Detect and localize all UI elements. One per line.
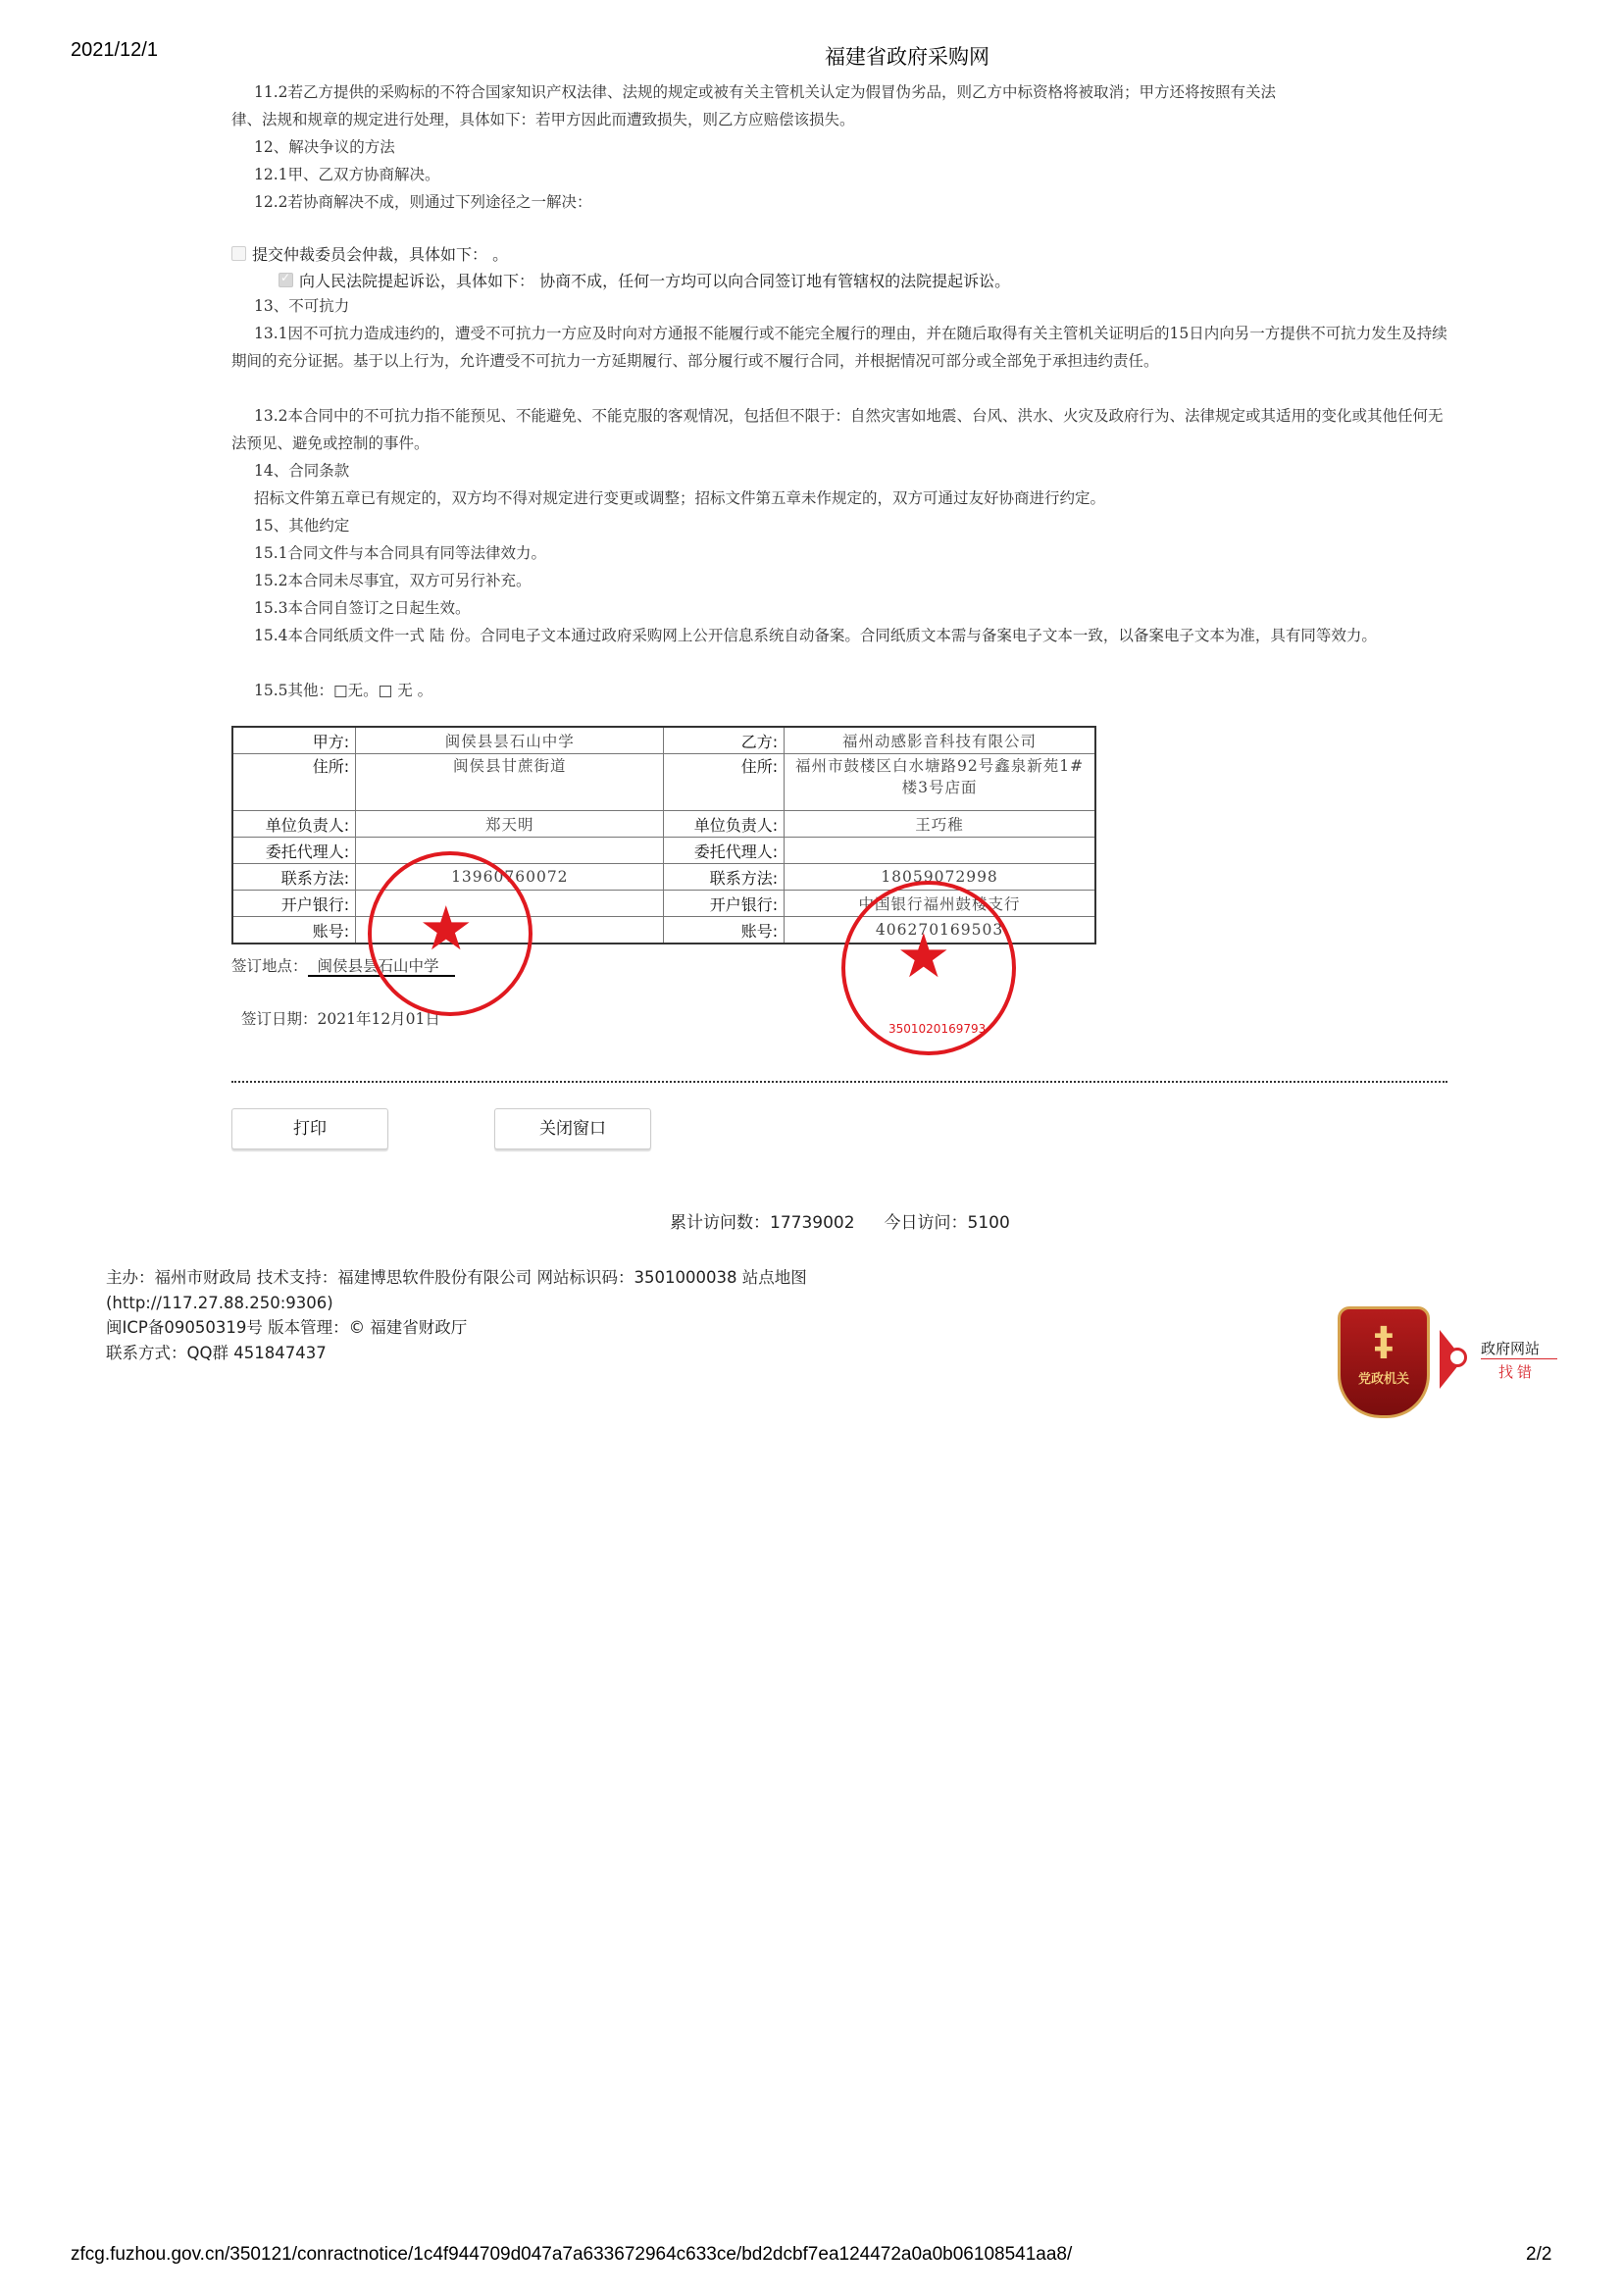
seal-code: 3501020169793	[888, 1022, 986, 1036]
table-row: 开户银行:开户银行:中国银行福州鼓楼支行	[232, 891, 1095, 917]
field-value: 406270169503	[785, 917, 1095, 944]
table-row: 委托代理人:委托代理人:	[232, 838, 1095, 864]
signing-place-value: 闽侯县昙石山中学	[308, 957, 455, 977]
footer-contact-line: 联系方式：QQ群 451847437	[106, 1341, 807, 1366]
section-12-heading: 12、解决争议的方法	[254, 133, 395, 161]
field-label: 甲方:	[232, 727, 356, 754]
emblem-icon: ‡	[1341, 1319, 1427, 1364]
today-visits-value: 5100	[968, 1213, 1010, 1233]
table-row: 住所:闽侯县甘蔗街道住所:福州市鼓楼区白水塘路92号鑫泉新苑1#楼3号店面	[232, 754, 1095, 811]
clause-12-1: 12.1甲、乙双方协商解决。	[254, 161, 440, 188]
badge-find-top: 政府网站	[1481, 1338, 1557, 1359]
clause-14: 招标文件第五章已有规定的，双方均不得对规定进行变更或调整；招标文件第五章未作规定…	[254, 485, 1105, 512]
clause-13-2: 13.2本合同中的不可抗力指不能预见、不能避免、不能克服的客观情况，包括但不限于…	[231, 402, 1447, 457]
print-url: zfcg.fuzhou.gov.cn/350121/conractnotice/…	[71, 2244, 1072, 2266]
signing-place: 签订地点：闽侯县昙石山中学	[231, 954, 455, 976]
visit-stats: 累计访问数：17739002今日访问：5100	[670, 1208, 1010, 1233]
field-value	[785, 838, 1095, 864]
field-label: 委托代理人:	[232, 838, 356, 864]
field-value: 福州市鼓楼区白水塘路92号鑫泉新苑1#楼3号店面	[785, 754, 1095, 811]
gov-site-error-report-badge[interactable]: 政府网站 找错	[1440, 1330, 1557, 1389]
clause-11-2-line1: 11.2若乙方提供的采购标的不符合国家知识产权法律、法规的规定或被有关主管机关认…	[254, 78, 1276, 106]
field-label: 住所:	[232, 754, 356, 811]
close-window-button[interactable]: 关闭窗口	[494, 1108, 651, 1149]
dispute-option-court: 向人民法院提起诉讼，具体如下： 协商不成，任何一方均可以向合同签订地有管辖权的法…	[279, 269, 1010, 291]
field-value: 中国银行福州鼓楼支行	[785, 891, 1095, 917]
field-label: 开户银行:	[232, 891, 356, 917]
section-14-heading: 14、合同条款	[254, 457, 349, 485]
print-button[interactable]: 打印	[231, 1108, 388, 1149]
field-value	[356, 917, 664, 944]
field-label: 账号:	[232, 917, 356, 944]
clause-15-5: 15.5其他：□无。□ 无 。	[254, 677, 432, 704]
field-label: 联系方法:	[232, 864, 356, 891]
arbitration-checkbox[interactable]	[231, 246, 246, 261]
separator-line	[231, 1081, 1447, 1083]
footer-url-line: (http://117.27.88.250:9306)	[106, 1291, 807, 1316]
section-13-heading: 13、不可抗力	[254, 292, 349, 320]
footer-sponsor-line[interactable]: 主办：福州市财政局 技术支持：福建博思软件股份有限公司 网站标识码：350100…	[106, 1265, 807, 1291]
site-footer: 主办：福州市财政局 技术支持：福建博思软件股份有限公司 网站标识码：350100…	[106, 1265, 807, 1365]
parties-table: 甲方:闽侯县昙石山中学乙方:福州动感影音科技有限公司住所:闽侯县甘蔗街道住所:福…	[231, 726, 1096, 944]
today-visits-label: 今日访问：	[885, 1213, 968, 1233]
site-title: 福建省政府采购网	[0, 41, 1623, 71]
clause-15-4: 15.4本合同纸质文件一式 陆 份。合同电子文本通过政府采购网上公开信息系统自动…	[231, 622, 1447, 649]
page-number: 2/2	[1526, 2244, 1551, 2266]
table-row: 单位负责人:郑天明单位负责人:王巧稚	[232, 811, 1095, 838]
field-label: 乙方:	[664, 727, 785, 754]
signing-date: 签订日期：2021年12月01日	[241, 1007, 440, 1029]
signing-date-value: 2021年12月01日	[318, 1010, 440, 1028]
field-value: 王巧稚	[785, 811, 1095, 838]
clause-15-1: 15.1合同文件与本合同具有同等法律效力。	[254, 539, 546, 567]
court-checkbox[interactable]	[279, 273, 293, 287]
badge-find-bottom: 找错	[1498, 1361, 1536, 1382]
field-label: 单位负责人:	[232, 811, 356, 838]
field-label: 住所:	[664, 754, 785, 811]
field-value: 福州动感影音科技有限公司	[785, 727, 1095, 754]
clause-13-1: 13.1因不可抗力造成违约的，遭受不可抗力一方应及时向对方通报不能履行或不能完全…	[231, 320, 1447, 375]
field-label: 开户银行:	[664, 891, 785, 917]
field-value: 13960760072	[356, 864, 664, 891]
clause-12-2: 12.2若协商解决不成，则通过下列途径之一解决：	[254, 188, 592, 216]
signing-date-label: 签订日期：	[241, 1010, 318, 1028]
field-value: 18059072998	[785, 864, 1095, 891]
court-label: 向人民法院提起诉讼，具体如下： 协商不成，任何一方均可以向合同签订地有管辖权的法…	[299, 272, 1010, 290]
clause-11-2-line2: 律、法规和规章的规定进行处理，具体如下：若甲方因此而遭致损失，则乙方应赔偿该损失…	[231, 106, 855, 133]
field-label: 单位负责人:	[664, 811, 785, 838]
table-row: 账号:账号:406270169503	[232, 917, 1095, 944]
field-value	[356, 891, 664, 917]
clause-15-2: 15.2本合同未尽事宜，双方可另行补充。	[254, 567, 532, 594]
footer-icp-line[interactable]: 闽ICP备09050319号 版本管理：© 福建省财政厅	[106, 1315, 807, 1341]
table-row: 甲方:闽侯县昙石山中学乙方:福州动感影音科技有限公司	[232, 727, 1095, 754]
clause-15-3: 15.3本合同自签订之日起生效。	[254, 594, 471, 622]
arbitration-label: 提交仲裁委员会仲裁，具体如下： 。	[252, 245, 508, 264]
table-row: 联系方法:13960760072联系方法:18059072998	[232, 864, 1095, 891]
party-government-badge[interactable]: ‡ 党政机关	[1338, 1306, 1430, 1418]
field-label: 联系方法:	[664, 864, 785, 891]
field-value: 闽侯县甘蔗街道	[356, 754, 664, 811]
total-visits-value: 17739002	[770, 1213, 855, 1233]
field-label: 账号:	[664, 917, 785, 944]
magnifier-icon	[1447, 1348, 1467, 1367]
section-15-heading: 15、其他约定	[254, 512, 349, 539]
field-label: 委托代理人:	[664, 838, 785, 864]
field-value: 闽侯县昙石山中学	[356, 727, 664, 754]
dispute-option-arbitration: 提交仲裁委员会仲裁，具体如下： 。	[231, 242, 508, 265]
signing-place-label: 签订地点：	[231, 957, 308, 975]
total-visits-label: 累计访问数：	[670, 1213, 770, 1233]
field-value	[356, 838, 664, 864]
field-value: 郑天明	[356, 811, 664, 838]
badge-party-label: 党政机关	[1341, 1368, 1427, 1387]
